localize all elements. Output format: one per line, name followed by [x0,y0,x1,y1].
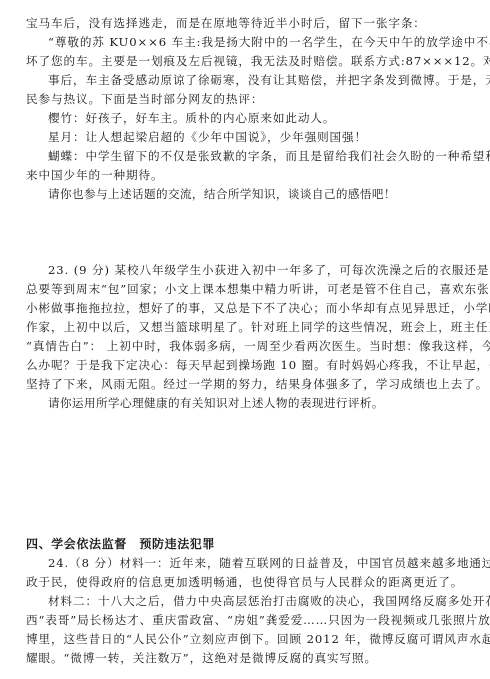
q24-line: 博里，这些昔日的“人民公仆”立刻应声倒下。回顾 2012 年，微博反腐可谓风声水… [26,632,470,646]
q24-line: 政于民，使得政府的信息更加透明畅通，也使得官员与人民群众的距离更近了。 [26,575,470,589]
q22-note-line: 坏了您的车。主要是一划痕及左后视镜，我无法及时赔偿。联系方式:87×××12。对… [26,54,470,68]
q22-comment: 蝴蝶：中学生留下的不仅是张致歉的字条，而且是留给我们社会久盼的一种希望和对未 [48,149,470,163]
q22-comment: 来中国少年的一种期待。 [26,168,470,182]
q23-line: 坚持了下来，风雨无阻。经过一学期的努力，结果身体强多了，学习成绩也上去了。 [26,377,470,391]
q23-line: 么办呢？于是我下定决心：每天早起到操场跑 10 圈。有时妈妈心疼我，不让早起，但… [26,358,470,372]
q22-comment: 樱竹：好孩子，好车主。质朴的内心原来如此动人。 [48,111,470,125]
q22-prompt: 请你也参与上述话题的交流，结合所学知识，谈谈自己的感悟吧！ [48,187,470,201]
q22-line: 宝马车后，没有选择逃走，而是在原地等待近半小时后，留下一张字条： [26,16,470,30]
q22-note-line: “尊敬的苏 KU0××6 车主:我是扬大附中的一名学生，在今天中午的放学途中不小… [48,35,470,49]
q23-line: 小彬做事拖拖拉拉，想好了的事，又总是下不了决心；而小华却有点见异思迁，小学时想当 [26,301,470,315]
q23-prompt: 请你运用所学心理健康的有关知识对上述人物的表现进行评析。 [48,396,470,410]
q24-line: 24.（8 分）材料一：近年来，随着互联网的日益普及，中国官员越来越多地通过网络… [48,556,470,570]
q22-line: 民参与热议。下面是当时部分网友的热评： [26,92,470,106]
q23-line: 23. (9 分) 某校八年级学生小荻进入初中一年多了，可每次洗澡之后的衣服还是… [48,263,470,277]
q23-line: “真情告白”： 上初中时，我体弱多病，一周至少看两次医生。当时想：像我这样，今后… [26,339,470,353]
q23-line: 总要等到周末“包”回家；小文上课本想集中精力听讲，可老是管不住自己，喜欢东张西望… [26,282,470,296]
q22-line: 事后，车主备受感动原谅了徐砺寒，没有让其赔偿，并把字条发到微博。于是，无数网 [48,73,470,87]
section-heading: 四、学会依法监督 预防违法犯罪 [26,537,470,551]
q23-line: 作家，上初中以后，又想当篮球明星了。针对班上同学的这些情况，班会上，班主任王老师 [26,320,470,334]
q24-line: 西“表哥”局长杨达才、重庆雷政富、“房姐”龚爱爱……只因为一段视频或几张照片放进… [26,613,470,627]
q22-comment: 星月：让人想起梁启超的《少年中国说》，少年强则国强！ [48,130,470,144]
q24-line: 耀眼。“微博一转，关注数万”，这绝对是微博反腐的真实写照。 [26,651,470,665]
q24-line: 材料二：十八大之后，借力中央高层惩治打击腐败的决心，我国网络反腐多处开花，陕 [48,594,470,608]
